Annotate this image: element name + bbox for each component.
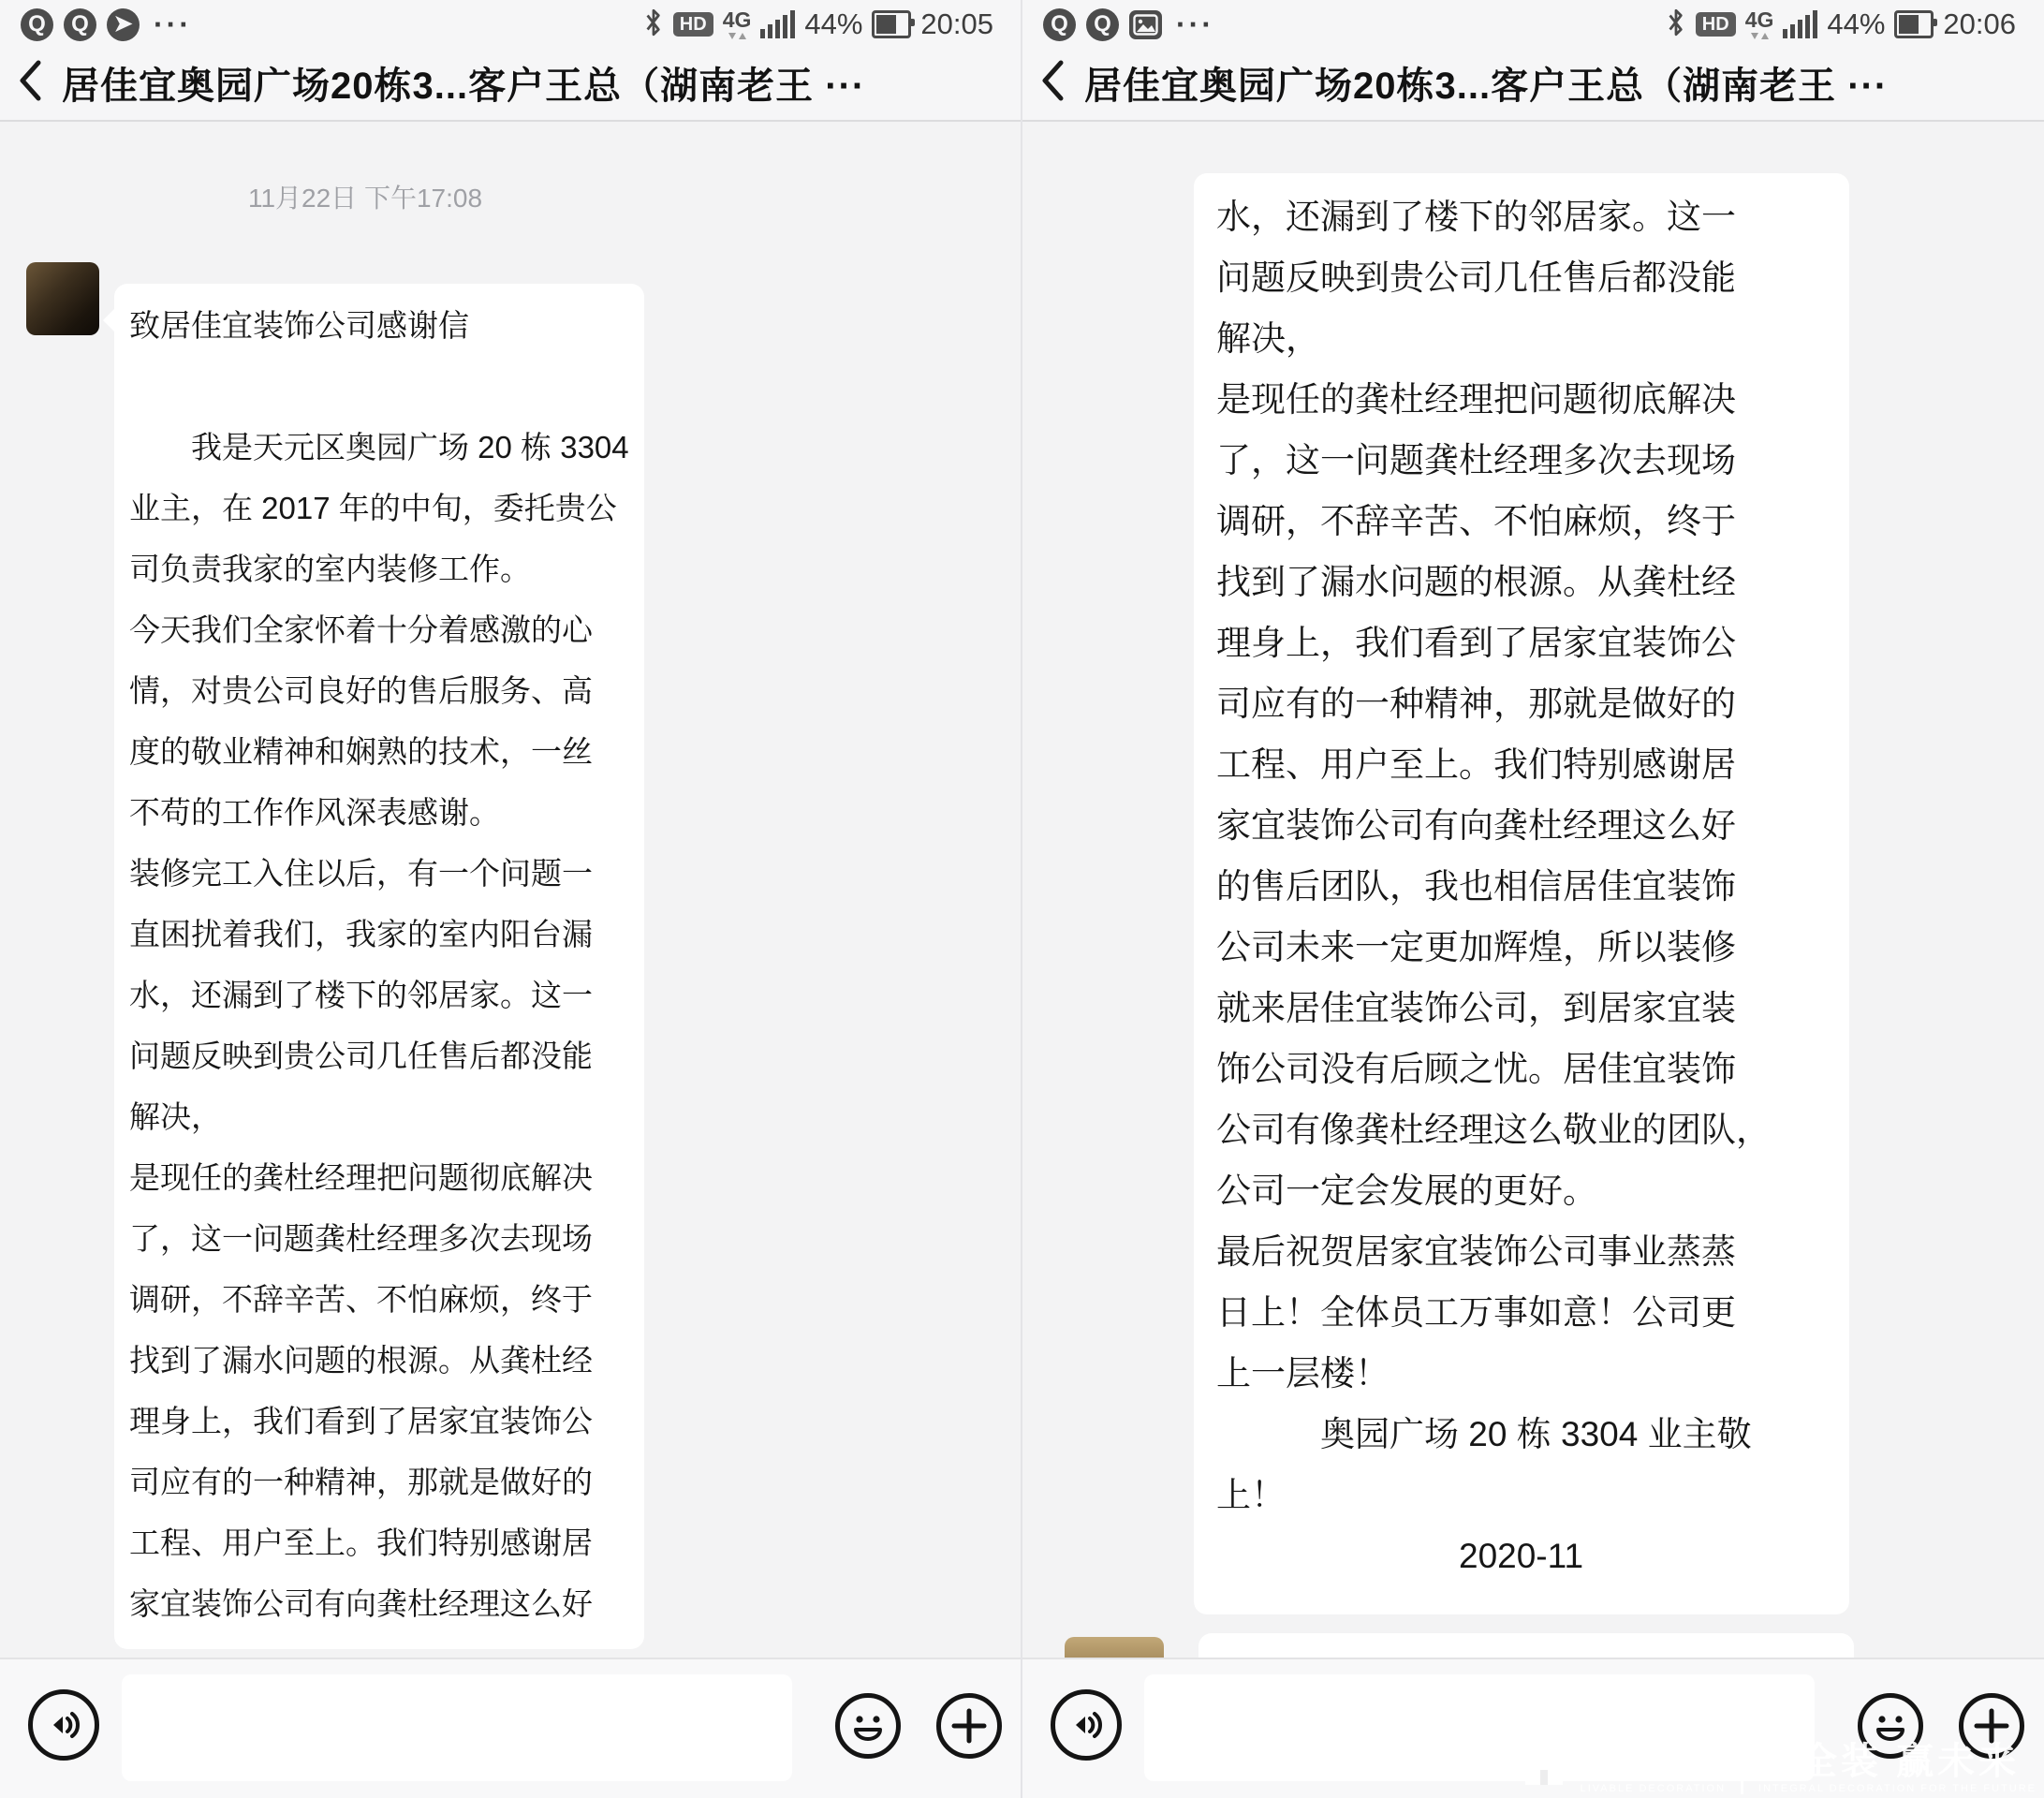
clock-time: 20:05 bbox=[920, 7, 993, 41]
hd-call-icon: HD bbox=[1696, 12, 1736, 37]
back-icon[interactable] bbox=[1039, 59, 1066, 107]
phone-screenshot-left: Q Q ➤ ··· HD 4G 44% 20:05 bbox=[0, 0, 1022, 1798]
battery-icon bbox=[1894, 10, 1934, 38]
watermark-slogan-sub: INTEGRAL DECORATION FOR THE FUTURE bbox=[1758, 1784, 2037, 1794]
sender-avatar[interactable] bbox=[26, 262, 99, 335]
qq-icon: Q bbox=[1043, 8, 1076, 41]
signal-bars-icon bbox=[1783, 10, 1817, 38]
voice-input-icon[interactable] bbox=[28, 1689, 99, 1761]
message-bubble[interactable]: 水，还漏到了楼下的邻居家。这一 问题反映到贵公司几任售后都没能 解决， 是现任的… bbox=[1194, 173, 1849, 1614]
watermark-brand-sub: LIVABLE DECORATION bbox=[1581, 1784, 1726, 1794]
qq-icon: Q bbox=[64, 8, 96, 41]
chat-title: 居佳宜奥园广场20栋3...客户王总（湖南老王 ··· bbox=[1084, 56, 1888, 110]
thank-you-letter-text-part1: 致居佳宜装饰公司感谢信 我是天元区奥园广场 20 栋 3304 业主，在 201… bbox=[129, 295, 629, 1634]
battery-icon bbox=[872, 10, 911, 38]
brand-watermark: 居佳宜 LIVABLE DECORATION 做全装 赢未来 INTEGRAL … bbox=[1522, 1742, 2037, 1794]
qq-icon: Q bbox=[21, 8, 53, 41]
nav-bar: 居佳宜奥园广场20栋3...客户王总（湖南老王 ··· bbox=[0, 45, 1022, 122]
status-right-icons: HD 4G 44% 20:06 bbox=[1666, 7, 2016, 42]
watermark-slogan: 做全装 赢未来 bbox=[1758, 1743, 2020, 1780]
message-bubble[interactable]: 致居佳宜装饰公司感谢信 我是天元区奥园广场 20 栋 3304 业主，在 201… bbox=[114, 284, 644, 1649]
voice-input-icon[interactable] bbox=[1051, 1689, 1122, 1761]
status-bar: Q Q ➤ ··· HD 4G 44% 20:05 bbox=[0, 0, 1022, 45]
status-left-icons: Q Q ➤ ··· bbox=[21, 8, 192, 41]
network-4g-icon: 4G bbox=[723, 9, 752, 39]
message-input[interactable] bbox=[122, 1674, 792, 1781]
bluetooth-icon bbox=[643, 7, 664, 42]
thank-you-letter-text-part2: 水，还漏到了楼下的邻居家。这一 问题反映到贵公司几任售后都没能 解决， 是现任的… bbox=[1216, 186, 1827, 1586]
chat-input-bar bbox=[0, 1658, 1022, 1798]
status-left-icons: Q Q ··· bbox=[1043, 8, 1214, 41]
nav-bar: 居佳宜奥园广场20栋3...客户王总（湖南老王 ··· bbox=[1022, 45, 2044, 122]
clock-time: 20:06 bbox=[1943, 7, 2016, 41]
emoji-icon[interactable] bbox=[835, 1693, 901, 1759]
notification-overflow-dots: ··· bbox=[154, 9, 192, 39]
qq-icon: Q bbox=[1086, 8, 1119, 41]
notification-overflow-dots: ··· bbox=[1176, 9, 1214, 39]
phone-screenshot-right: Q Q ··· HD 4G bbox=[1022, 0, 2044, 1798]
watermark-divider bbox=[1741, 1742, 1743, 1794]
signal-bars-icon bbox=[760, 10, 795, 38]
status-bar: Q Q ··· HD 4G bbox=[1022, 0, 2044, 45]
watermark-brand: 居佳宜 bbox=[1581, 1743, 1704, 1780]
bluetooth-icon bbox=[1666, 7, 1686, 42]
gallery-icon bbox=[1129, 10, 1162, 39]
screenshot-seam-divider bbox=[1021, 0, 1022, 1798]
battery-percent: 44% bbox=[1827, 7, 1885, 41]
network-4g-icon: 4G bbox=[1745, 9, 1774, 39]
hd-call-icon: HD bbox=[673, 12, 713, 37]
send-icon: ➤ bbox=[107, 8, 140, 41]
chat-title: 居佳宜奥园广场20栋3...客户王总（湖南老王 ··· bbox=[62, 56, 865, 110]
plus-more-icon[interactable] bbox=[936, 1693, 1002, 1759]
status-right-icons: HD 4G 44% 20:05 bbox=[643, 7, 993, 42]
screenshot-canvas: Q Q ➤ ··· HD 4G 44% 20:05 bbox=[0, 0, 2044, 1798]
back-icon[interactable] bbox=[17, 59, 43, 107]
brand-logo-icon bbox=[1522, 1749, 1566, 1787]
message-timestamp: 11月22日 下午17:08 bbox=[248, 178, 482, 215]
battery-percent: 44% bbox=[804, 7, 862, 41]
